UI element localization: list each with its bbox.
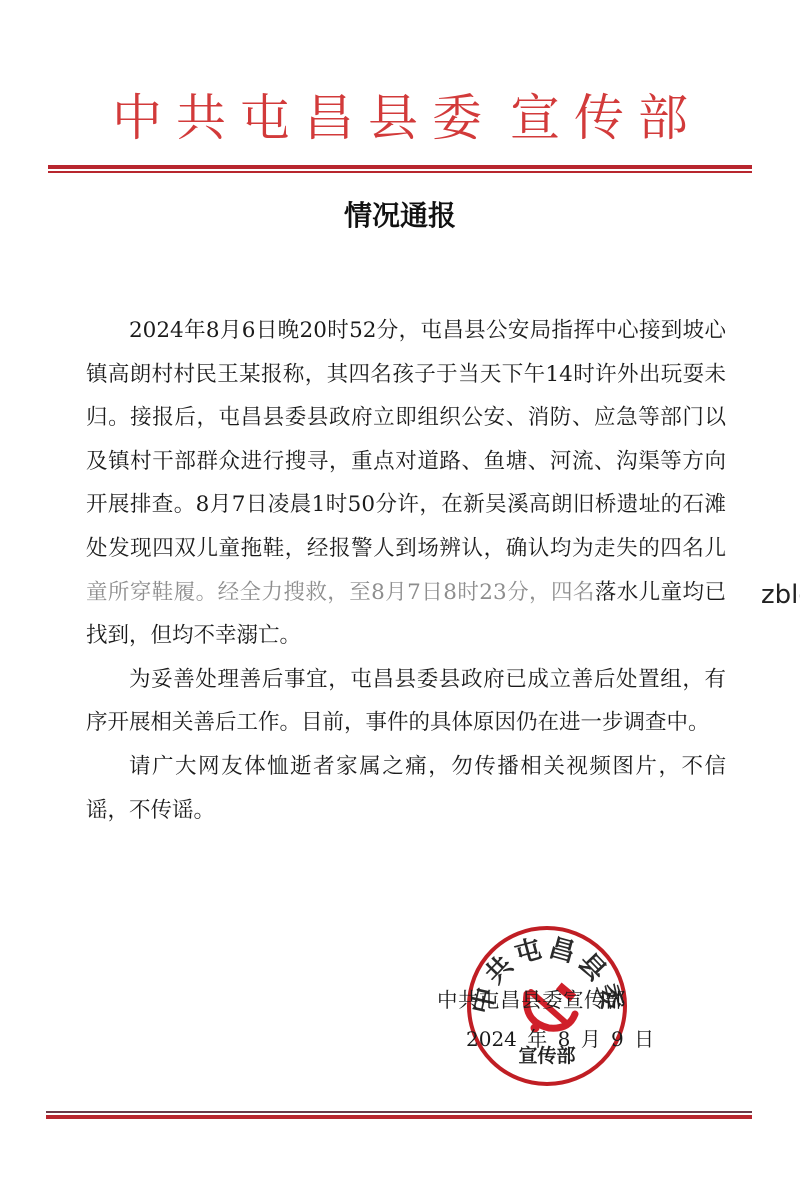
paragraph-2: 为妥善处理善后事宜，屯昌县委县政府已成立善后处置组，有序开展相关善后工作。目前，… (86, 658, 726, 745)
paragraph-1: 2024年8月6日晚20时52分，屯昌县公安局指挥中心接到坡心镇高朗村村民王某报… (86, 309, 726, 658)
paragraph-1-main: 2024年8月6日晚20时52分，屯昌县公安局指挥中心接到坡心镇高朗村村民王某报… (86, 318, 726, 561)
document-body: 2024年8月6日晚20时52分，屯昌县公安局指挥中心接到坡心镇高朗村村民王某报… (86, 309, 726, 832)
footer-thick-line (46, 1115, 752, 1119)
footer-divider (46, 1111, 752, 1120)
paragraph-3: 请广大网友体恤逝者家属之痛，勿传播相关视频图片，不信谣，不传谣。 (86, 745, 726, 832)
letterhead-title: 中共屯昌县委宣传部 (0, 88, 800, 148)
signature-issuer: 中共屯昌县委宣传部 (437, 986, 626, 1014)
signature-date: 2024 年 8 月 9 日 (466, 1025, 654, 1053)
divider-thick-line (48, 165, 752, 169)
divider-thin-line (48, 171, 752, 173)
letterhead-org: 中共屯昌县委 (112, 89, 496, 147)
letterhead-dept: 宣传部 (510, 89, 702, 147)
document-title: 情况通报 (0, 196, 800, 236)
paragraph-1-faded: 童所穿鞋履。经全力搜救，至8月7日8时23分，四名 (86, 580, 595, 605)
footer-thin-line (46, 1111, 752, 1113)
letterhead-divider (48, 165, 752, 173)
watermark-text: zblog (761, 577, 800, 613)
